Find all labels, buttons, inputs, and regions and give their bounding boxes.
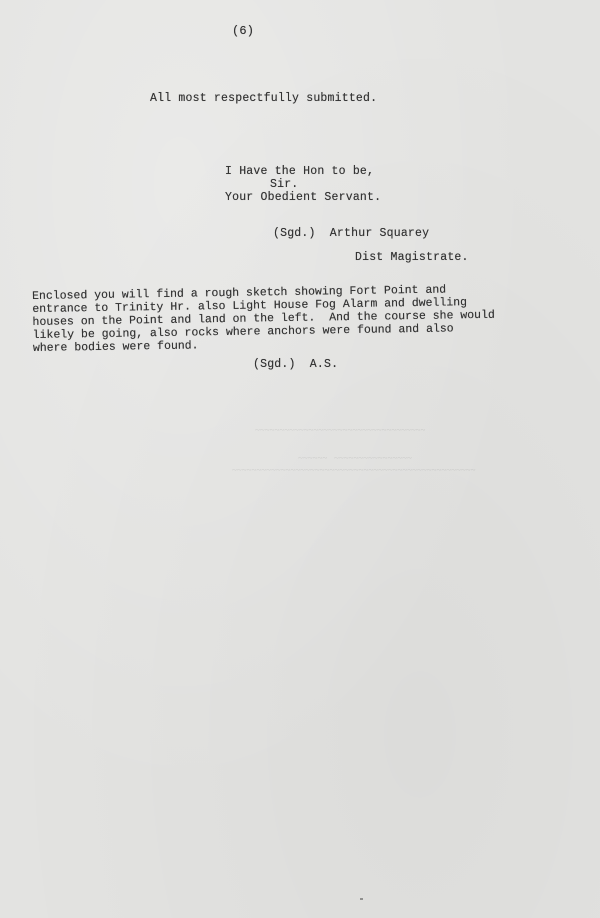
- signature: (Sgd.) Arthur Squarey: [273, 227, 429, 240]
- document-page: (6) All most respectfully submitted. I H…: [0, 0, 600, 918]
- page-number: (6): [232, 25, 254, 38]
- closing-line: All most respectfully submitted.: [150, 92, 377, 105]
- signer-title: Dist Magistrate.: [355, 251, 469, 264]
- postscript-paragraph: Enclosed you will find a rough sketch sh…: [32, 282, 573, 355]
- salutation-line: I Have the Hon to be,: [225, 165, 374, 178]
- paper-mark: [360, 898, 363, 900]
- bleed-through-text: ~~~~~~ ~~~~~~~~~~~~~~~~: [298, 452, 412, 464]
- salutation-line: Sir.: [270, 178, 298, 191]
- salutation-line: Your Obedient Servant.: [225, 191, 381, 204]
- bleed-through-text: ~~~~~~~~~~~~~~~~~~~~~~~~~~~~~~~~~~~: [255, 424, 425, 436]
- postscript-initials: (Sgd.) A.S.: [253, 358, 338, 371]
- bleed-through-text: ~~~~~~~~~~~~~~~~~~~~~~~~~~~~~~~~~~~~~~~~…: [232, 464, 475, 476]
